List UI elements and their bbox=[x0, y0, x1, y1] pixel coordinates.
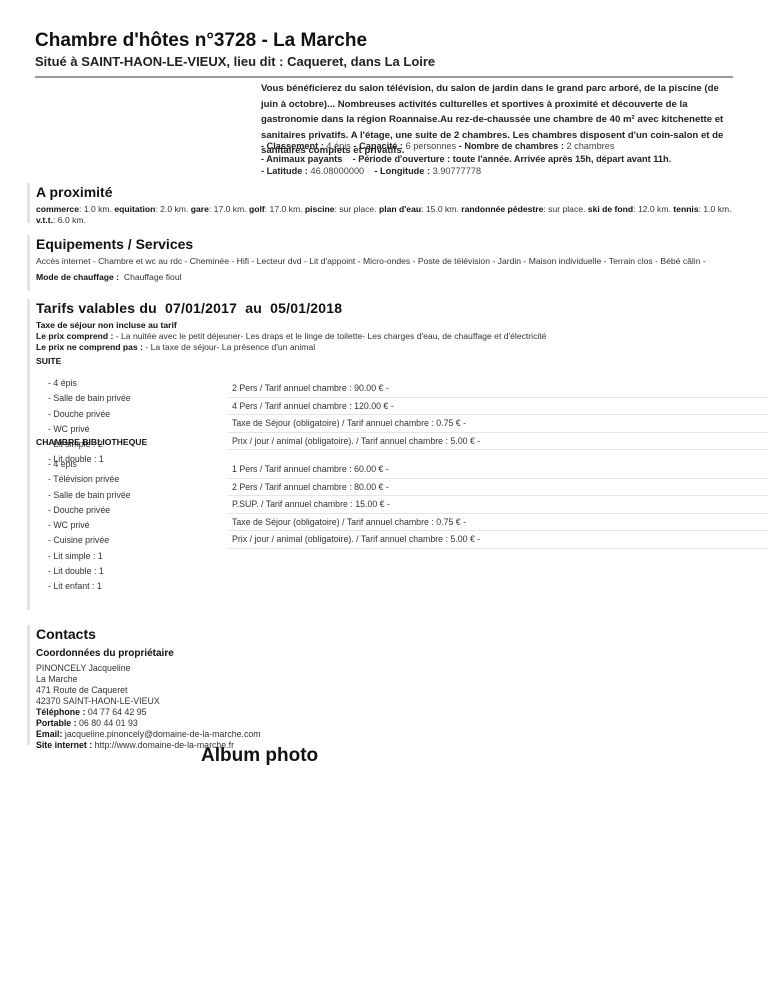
capacite-label: - Capacité : bbox=[353, 141, 403, 151]
proximite-title: A proximité bbox=[36, 183, 736, 201]
ne-comprend-label: Le prix ne comprend pas : bbox=[36, 342, 143, 352]
rate-row: 4 Pers / Tarif annuel chambre : 120.00 €… bbox=[228, 398, 768, 416]
periode-info: - Période d'ouverture : toute l'année. A… bbox=[353, 154, 672, 164]
equipement-item: Accès internet - bbox=[36, 256, 98, 266]
tarifs-title: Tarifs valables du 07/01/2017 au 05/01/2… bbox=[36, 299, 736, 317]
rate-row: Taxe de Séjour (obligatoire) / Tarif ann… bbox=[228, 415, 768, 433]
proximite-item: piscine: sur place. bbox=[305, 204, 379, 214]
equipement-item: Micro-ondes - bbox=[363, 256, 418, 266]
rate-row: Taxe de Séjour (obligatoire) / Tarif ann… bbox=[228, 514, 768, 532]
address-line-1: La Marche bbox=[36, 674, 736, 685]
animaux-info: - Animaux payants bbox=[261, 154, 342, 164]
heating-mode: Mode de chauffage : Chauffage fioul bbox=[36, 272, 736, 283]
proximite-item: commerce: 1.0 km. bbox=[36, 204, 114, 214]
equipements-title: Equipements / Services bbox=[36, 235, 736, 253]
website-label: Site internet : bbox=[36, 740, 92, 750]
amenity-item: - Lit enfant : 1 bbox=[48, 579, 238, 594]
proximite-item: randonnée pédestre: sur place. bbox=[461, 204, 588, 214]
portable-label: Portable : bbox=[36, 718, 77, 728]
classement-value: 4 épis bbox=[326, 141, 351, 151]
section-equipements: Equipements / Services Accès internet - … bbox=[27, 235, 736, 291]
proximite-item: tennis: 1.0 km. bbox=[673, 204, 731, 214]
amenity-item: - Lit double : 1 bbox=[48, 564, 238, 579]
amenity-item: - Cuisine privée bbox=[48, 533, 238, 548]
section-tarifs: Tarifs valables du 07/01/2017 au 05/01/2… bbox=[27, 299, 736, 610]
proximite-item: v.t.t.: 6.0 km. bbox=[36, 215, 86, 225]
contacts-title: Contacts bbox=[36, 625, 736, 643]
amenity-item: - Douche privée bbox=[48, 407, 238, 422]
equipement-item: Lit d'appoint - bbox=[309, 256, 363, 266]
longitude-label: - Longitude : bbox=[374, 166, 430, 176]
rate-row: P.SUP. / Tarif annuel chambre : 15.00 € … bbox=[228, 496, 768, 514]
comprend-label: Le prix comprend : bbox=[36, 331, 113, 341]
equipements-list: Accès internet - Chambre et wc au rdc - … bbox=[36, 256, 736, 267]
ne-comprend-value: - La taxe de séjour- La présence d'un an… bbox=[145, 342, 315, 352]
equipement-item: Maison individuelle - bbox=[529, 256, 609, 266]
classement-label: - Classement : bbox=[261, 141, 324, 151]
latitude-value: 46.08000000 bbox=[311, 166, 365, 176]
amenity-item: - Salle de bain privée bbox=[48, 391, 238, 406]
comprend-value: - La nuitée avec le petit déjeuner- Les … bbox=[116, 331, 547, 341]
equipement-item: Chambre et wc au rdc - bbox=[98, 256, 190, 266]
amenity-item: - Télévision privée bbox=[48, 472, 238, 487]
proximite-item: equitation: 2.0 km. bbox=[114, 204, 190, 214]
page-subtitle: Situé à SAINT-HAON-LE-VIEUX, lieu dit : … bbox=[35, 54, 733, 70]
amenity-item: - WC privé bbox=[48, 518, 238, 533]
proximite-item: plan d'eau: 15.0 km. bbox=[379, 204, 461, 214]
equipement-item: Hifi - bbox=[237, 256, 257, 266]
equipement-item: Cheminée - bbox=[190, 256, 237, 266]
nb-chambres-value: 2 chambres bbox=[566, 141, 614, 151]
amenity-item: - 4 épis bbox=[48, 457, 238, 472]
equipement-item: Poste de télévision - bbox=[418, 256, 498, 266]
section-proximite: A proximité commerce: 1.0 km. equitation… bbox=[27, 183, 736, 223]
amenity-item: - Salle de bain privée bbox=[48, 488, 238, 503]
heating-value: Chauffage fioul bbox=[124, 272, 182, 282]
album-photo-title: Album photo bbox=[201, 745, 318, 767]
room-amenities: - 4 épis- Télévision privée- Salle de ba… bbox=[48, 457, 238, 595]
room-bibliotheque: CHAMBRE BIBLIOTHEQUE - 4 épis- Télévisio… bbox=[36, 437, 736, 617]
latitude-label: - Latitude : bbox=[261, 166, 308, 176]
address-line-3: 42370 SAINT-HAON-LE-VIEUX bbox=[36, 696, 736, 707]
equipement-item: Bébé câlin - bbox=[660, 256, 705, 266]
taxe-note: Taxe de séjour non incluse au tarif bbox=[36, 320, 177, 330]
contacts-subtitle: Coordonnées du propriétaire bbox=[36, 647, 736, 661]
amenity-item: - WC privé bbox=[48, 422, 238, 437]
owner-details: PINONCELY Jacqueline La Marche 471 Route… bbox=[36, 663, 736, 751]
room-title: CHAMBRE BIBLIOTHEQUE bbox=[36, 437, 736, 447]
longitude-value: 3.90777778 bbox=[433, 166, 482, 176]
portable-value[interactable]: 06 80 44 01 93 bbox=[79, 718, 138, 728]
telephone-value[interactable]: 04 77 64 42 95 bbox=[88, 707, 147, 717]
tarif-notes: Taxe de séjour non incluse au tarif Le p… bbox=[36, 320, 736, 353]
proximite-list: commerce: 1.0 km. equitation: 2.0 km. ga… bbox=[36, 204, 736, 226]
equipement-item: Jardin - bbox=[498, 256, 529, 266]
telephone-label: Téléphone : bbox=[36, 707, 85, 717]
room-rates: 1 Pers / Tarif annuel chambre : 60.00 € … bbox=[228, 461, 768, 549]
equipement-item: Lecteur dvd - bbox=[257, 256, 310, 266]
amenity-item: - Douche privée bbox=[48, 503, 238, 518]
email-label: Email: bbox=[36, 729, 62, 739]
amenity-item: - 4 épis bbox=[48, 376, 238, 391]
page-header: Chambre d'hôtes n°3728 - La Marche Situé… bbox=[35, 30, 733, 78]
nb-chambres-label: - Nombre de chambres : bbox=[459, 141, 564, 151]
owner-name: PINONCELY Jacqueline bbox=[36, 663, 736, 674]
proximite-item: golf: 17.0 km. bbox=[249, 204, 305, 214]
address-line-2: 471 Route de Caqueret bbox=[36, 685, 736, 696]
equipement-item: Terrain clos - bbox=[609, 256, 661, 266]
capacite-value: 6 personnes bbox=[406, 141, 457, 151]
room-title: SUITE bbox=[36, 356, 736, 366]
rate-row: 2 Pers / Tarif annuel chambre : 80.00 € … bbox=[228, 479, 768, 497]
rate-row: 2 Pers / Tarif annuel chambre : 90.00 € … bbox=[228, 380, 768, 398]
rate-row: Prix / jour / animal (obligatoire). / Ta… bbox=[228, 531, 768, 549]
amenity-item: - Lit simple : 1 bbox=[48, 549, 238, 564]
section-contacts: Contacts Coordonnées du propriétaire PIN… bbox=[27, 625, 736, 745]
key-facts: - Classement : 4 épis - Capacité : 6 per… bbox=[261, 140, 741, 178]
page-title: Chambre d'hôtes n°3728 - La Marche bbox=[35, 30, 733, 52]
rate-row: 1 Pers / Tarif annuel chambre : 60.00 € … bbox=[228, 461, 768, 479]
proximite-item: ski de fond: 12.0 km. bbox=[588, 204, 674, 214]
proximite-item: gare: 17.0 km. bbox=[191, 204, 249, 214]
email-link[interactable]: jacqueline.pinoncely@domaine-de-la-march… bbox=[65, 729, 261, 739]
heating-label: Mode de chauffage : bbox=[36, 272, 119, 282]
